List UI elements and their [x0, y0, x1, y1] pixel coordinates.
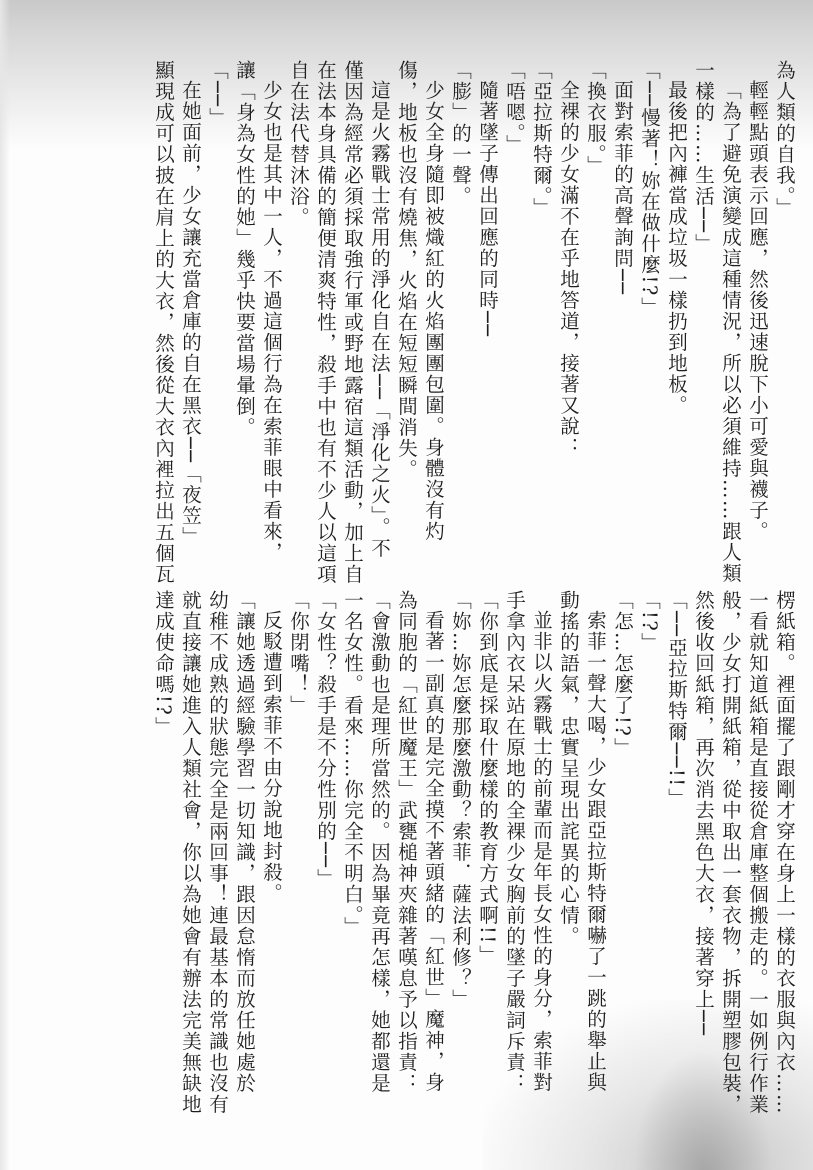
- text-column: 自在法代替沐浴。: [285, 60, 312, 560]
- text-column: 「──亞拉斯特爾──!!」: [663, 590, 690, 1115]
- scan-left-edge: [0, 0, 10, 1170]
- text-column: 最後把內褲當成垃圾一樣扔到地板。: [663, 60, 690, 560]
- text-column: 輕輕點頭表示回應，然後迅速脫下小可愛與襪子。: [744, 60, 771, 560]
- text-column: 少女也是其中一人，不過這個行為在索菲眼中看來，: [258, 60, 285, 560]
- text-column: 「膨」的一聲。: [447, 60, 474, 560]
- text-column: 「會激動也是理所當然的。因為畢竟再怎樣，她都還是: [366, 590, 393, 1115]
- text-column: 「妳…妳怎麼那麼激動？索菲．薩法利修？」: [447, 590, 474, 1115]
- text-column: 「換衣服。」: [582, 60, 609, 560]
- text-column: 「亞拉斯特爾。」: [528, 60, 555, 560]
- text-column: 「──慢著！妳在做什麼!?」: [636, 60, 663, 560]
- text-column: 「讓她透過經驗學習一切知識，跟因怠惰而放任她處於: [231, 590, 258, 1115]
- text-column: 然後收回紙箱，再次消去黑色大衣，接著穿上──: [690, 590, 717, 1115]
- text-column: 在她面前，少女讓充當倉庫的自在黑衣──「夜笠」: [177, 60, 204, 560]
- text-column: 「你閉嘴！」: [285, 590, 312, 1115]
- text-column: 「!?」: [636, 590, 663, 1115]
- text-column: 隨著墜子傳出回應的同時──: [474, 60, 501, 560]
- text-column: 僅因為經常必須採取強行軍或野地露宿這類活動，加上自: [339, 60, 366, 560]
- text-column: 手拿內衣呆站在原地的全裸少女胸前的墜子嚴詞斥責：: [501, 590, 528, 1115]
- text-column: 「你到底是採取什麼樣的教育方式啊!!」: [474, 590, 501, 1115]
- text-column: 全裸的少女滿不在乎地答道，接著又說：: [555, 60, 582, 560]
- text-column: 一樣的……生活──」: [690, 60, 717, 560]
- scanned-novel-page: 為人類的自我。」輕輕點頭表示回應，然後迅速脫下小可愛與襪子。「為了避免演變成這種…: [0, 0, 813, 1170]
- text-column: 一名女性。看來……你完全不明白。」: [339, 590, 366, 1115]
- text-column: 讓「身為女性的她」幾乎快要當場暈倒。: [231, 60, 258, 560]
- text-column: 「唔嗯。」: [501, 60, 528, 560]
- text-column: 索菲一聲大喝，少女跟亞拉斯特爾嚇了一跳的舉止與: [582, 590, 609, 1115]
- text-column: 為人類的自我。」: [771, 60, 798, 560]
- text-column: 般，少女打開紙箱，從中取出一套衣物，拆開塑膠包裝，: [717, 590, 744, 1115]
- upper-text-block: 為人類的自我。」輕輕點頭表示回應，然後迅速脫下小可愛與襪子。「為了避免演變成這種…: [150, 60, 798, 560]
- text-column: 就直接讓她進入人類社會，你以為她會有辦法完美無缺地: [177, 590, 204, 1115]
- text-column: 少女全身隨即被熾紅的火焰團團包圍。身體沒有灼: [420, 60, 447, 560]
- text-column: 看著一副真的是完全摸不著頭緒的「紅世」魔神，身: [420, 590, 447, 1115]
- text-column: 動搖的語氣，忠實呈現出詫異的心情。: [555, 590, 582, 1115]
- text-column: 達成使命嗎!?」: [150, 590, 177, 1115]
- text-column: 面對索菲的高聲詢問──: [609, 60, 636, 560]
- text-column: 傷，地板也沒有燒焦，火焰在短短瞬間消失。: [393, 60, 420, 560]
- text-column: 為同胞的「紅世魔王」武甕槌神夾雜著嘆息予以指責：: [393, 590, 420, 1115]
- text-column: 並非以火霧戰士的前輩而是年長女性的身分，索菲對: [528, 590, 555, 1115]
- text-column: 一看就知道紙箱是直接從倉庫整個搬走的。一如例行作業: [744, 590, 771, 1115]
- text-column: 顯現成可以披在肩上的大衣，然後從大衣內裡拉出五個瓦: [150, 60, 177, 560]
- text-column: 「怎…怎麼了!?」: [609, 590, 636, 1115]
- text-column: 「──」: [204, 60, 231, 560]
- text-column: 反駁遭到索菲不由分說地封殺。: [258, 590, 285, 1115]
- text-column: 「女性？殺手是不分性別的──」: [312, 590, 339, 1115]
- text-column: 楞紙箱。裡面擺了跟剛才穿在身上一樣的衣服與內衣……: [771, 590, 798, 1115]
- text-column: 這是火霧戰士常用的淨化自在法──「淨化之火」。不: [366, 60, 393, 560]
- text-column: 在法本身具備的簡便清爽特性，殺手中也有不少人以這項: [312, 60, 339, 560]
- lower-text-block: 楞紙箱。裡面擺了跟剛才穿在身上一樣的衣服與內衣……一看就知道紙箱是直接從倉庫整個…: [150, 590, 798, 1115]
- text-column: 幼稚不成熟的狀態完全是兩回事！連最基本的常識也沒有: [204, 590, 231, 1115]
- text-column: 「為了避免演變成這種情況，所以必須維持……跟人類: [717, 60, 744, 560]
